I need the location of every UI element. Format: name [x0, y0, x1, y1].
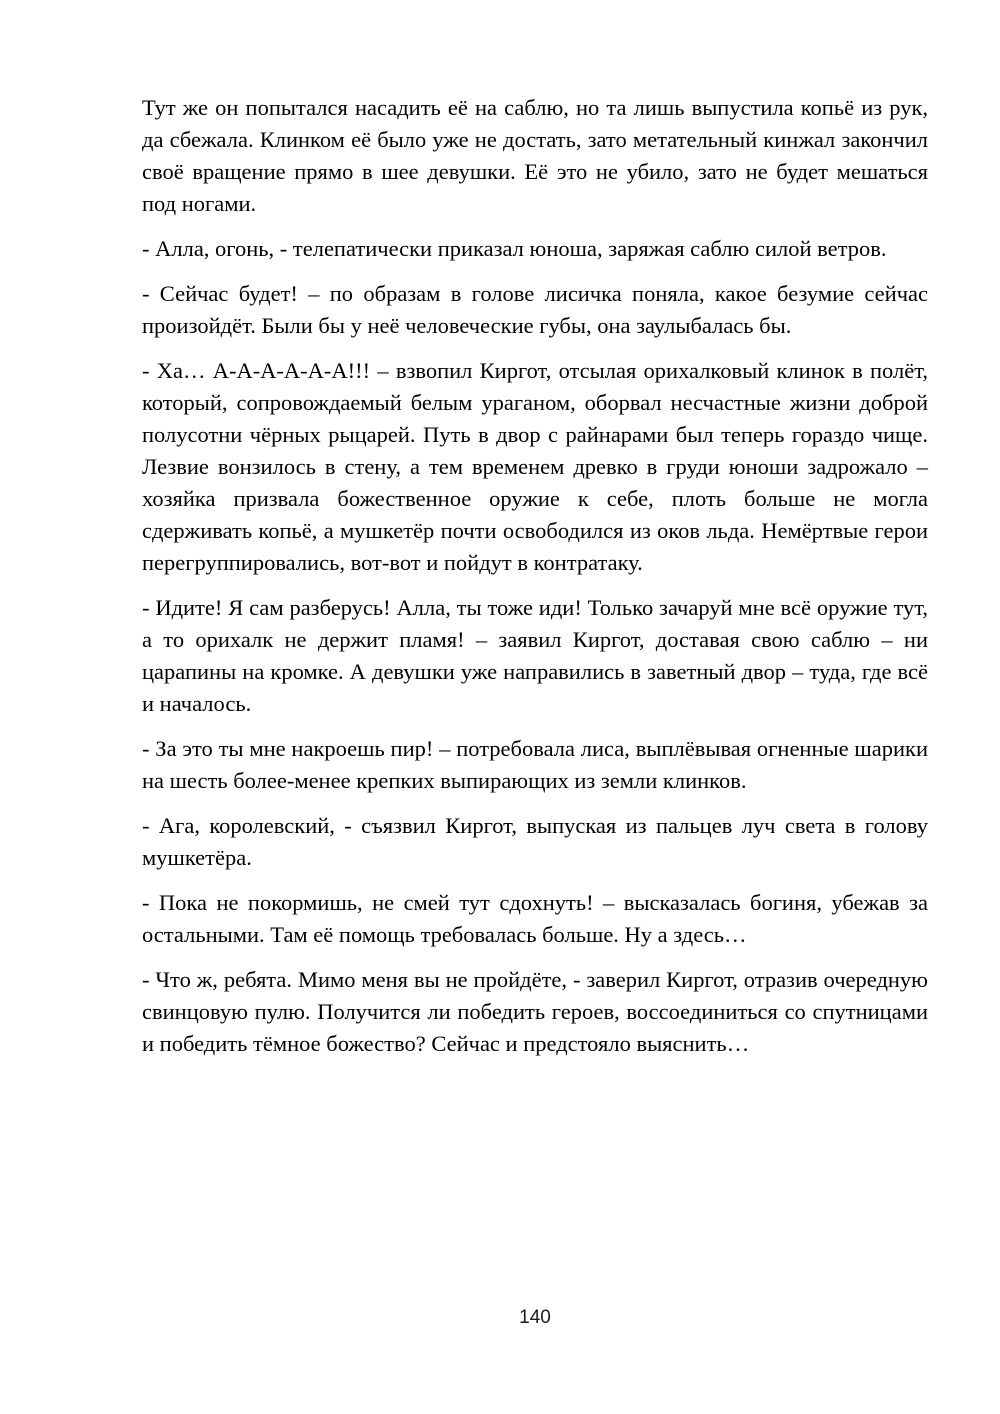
paragraph: - Алла, огонь, - телепатически приказал …	[142, 233, 928, 265]
paragraph: Тут же он попытался насадить её на саблю…	[142, 92, 928, 220]
page-text: Тут же он попытался насадить её на саблю…	[142, 92, 928, 1060]
paragraph: - Ха… А-А-А-А-А-А!!! – взвопил Киргот, о…	[142, 355, 928, 579]
book-page: Тут же он попытался насадить её на саблю…	[0, 0, 1000, 1414]
page-number: 140	[142, 1306, 928, 1330]
paragraph: - Пока не покормишь, не смей тут сдохнут…	[142, 887, 928, 951]
paragraph: - Идите! Я сам разберусь! Алла, ты тоже …	[142, 592, 928, 720]
paragraph: - Сейчас будет! – по образам в голове ли…	[142, 278, 928, 342]
paragraph: - Ага, королевский, - съязвил Киргот, вы…	[142, 810, 928, 874]
paragraph: - За это ты мне накроешь пир! – потребов…	[142, 733, 928, 797]
paragraph: - Что ж, ребята. Мимо меня вы не пройдёт…	[142, 964, 928, 1060]
